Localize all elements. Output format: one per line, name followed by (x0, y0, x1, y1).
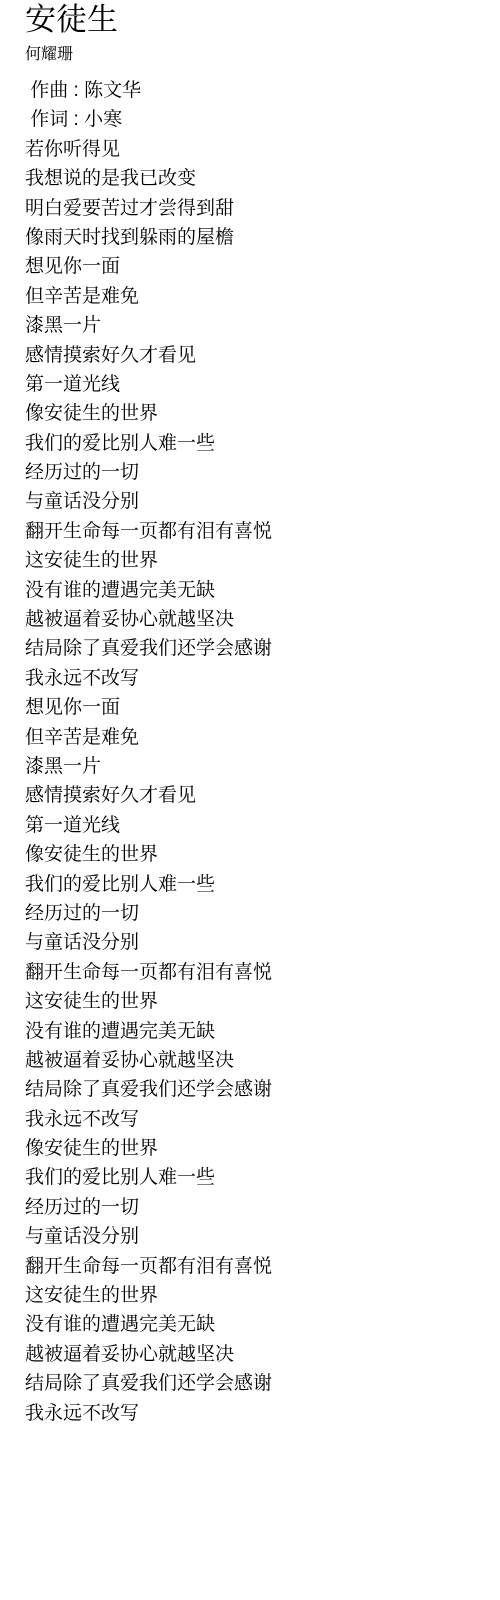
lyric-line: 像安徒生的世界 (25, 399, 490, 428)
lyric-line: 与童话没分别 (25, 1222, 490, 1251)
credits-list: 作曲 : 陈文华 作词 : 小寒 (25, 76, 490, 135)
lyric-line: 想见你一面 (25, 252, 490, 281)
lyric-line: 越被逼着妥协心就越坚决 (25, 1340, 490, 1369)
lyric-line: 明白爱要苦过才尝得到甜 (25, 194, 490, 223)
artist-name: 何耀珊 (25, 44, 490, 66)
lyric-line: 但辛苦是难免 (25, 723, 490, 752)
lyric-line: 漆黑一片 (25, 311, 490, 340)
lyric-line: 这安徒生的世界 (25, 546, 490, 575)
lyric-line: 结局除了真爱我们还学会感谢 (25, 1075, 490, 1104)
lyric-line: 想见你一面 (25, 693, 490, 722)
lyric-line: 没有谁的遭遇完美无缺 (25, 1017, 490, 1046)
lyric-line: 我永远不改写 (25, 664, 490, 693)
lyric-line: 翻开生命每一页都有泪有喜悦 (25, 1252, 490, 1281)
lyric-line: 漆黑一片 (25, 752, 490, 781)
lyric-line: 与童话没分别 (25, 487, 490, 516)
lyric-line: 我想说的是我已改变 (25, 164, 490, 193)
lyric-line: 没有谁的遭遇完美无缺 (25, 576, 490, 605)
lyric-line: 但辛苦是难免 (25, 282, 490, 311)
lyric-line: 经历过的一切 (25, 1193, 490, 1222)
lyric-line: 第一道光线 (25, 370, 490, 399)
credit-line: 作曲 : 陈文华 (25, 76, 490, 105)
lyric-line: 我们的爱比别人难一些 (25, 870, 490, 899)
lyric-line: 若你听得见 (25, 135, 490, 164)
lyric-line: 没有谁的遭遇完美无缺 (25, 1310, 490, 1339)
lyric-line: 像雨天时找到躲雨的屋檐 (25, 223, 490, 252)
lyric-line: 像安徒生的世界 (25, 840, 490, 869)
credit-line: 作词 : 小寒 (25, 105, 490, 134)
lyric-line: 翻开生命每一页都有泪有喜悦 (25, 958, 490, 987)
lyric-line: 像安徒生的世界 (25, 1134, 490, 1163)
lyric-line: 这安徒生的世界 (25, 1281, 490, 1310)
lyric-line: 结局除了真爱我们还学会感谢 (25, 634, 490, 663)
lyric-line: 经历过的一切 (25, 899, 490, 928)
lyric-line: 越被逼着妥协心就越坚决 (25, 1046, 490, 1075)
lyric-line: 我永远不改写 (25, 1105, 490, 1134)
song-title: 安徒生 (25, 2, 490, 38)
lyric-line: 感情摸索好久才看见 (25, 781, 490, 810)
lyric-line: 我们的爱比别人难一些 (25, 1163, 490, 1192)
lyric-line: 感情摸索好久才看见 (25, 341, 490, 370)
lyric-line: 结局除了真爱我们还学会感谢 (25, 1369, 490, 1398)
lyric-line: 翻开生命每一页都有泪有喜悦 (25, 517, 490, 546)
lyric-line: 越被逼着妥协心就越坚决 (25, 605, 490, 634)
lyric-line: 我们的爱比别人难一些 (25, 429, 490, 458)
lyrics-list: 若你听得见我想说的是我已改变明白爱要苦过才尝得到甜像雨天时找到躲雨的屋檐想见你一… (25, 135, 490, 1428)
lyric-line: 我永远不改写 (25, 1399, 490, 1428)
lyric-line: 第一道光线 (25, 811, 490, 840)
lyric-line: 经历过的一切 (25, 458, 490, 487)
lyrics-block: 作曲 : 陈文华 作词 : 小寒 若你听得见我想说的是我已改变明白爱要苦过才尝得… (25, 76, 490, 1428)
lyric-line: 这安徒生的世界 (25, 987, 490, 1016)
lyric-line: 与童话没分别 (25, 928, 490, 957)
lyrics-page: 安徒生 何耀珊 作曲 : 陈文华 作词 : 小寒 若你听得见我想说的是我已改变明… (0, 0, 500, 1600)
